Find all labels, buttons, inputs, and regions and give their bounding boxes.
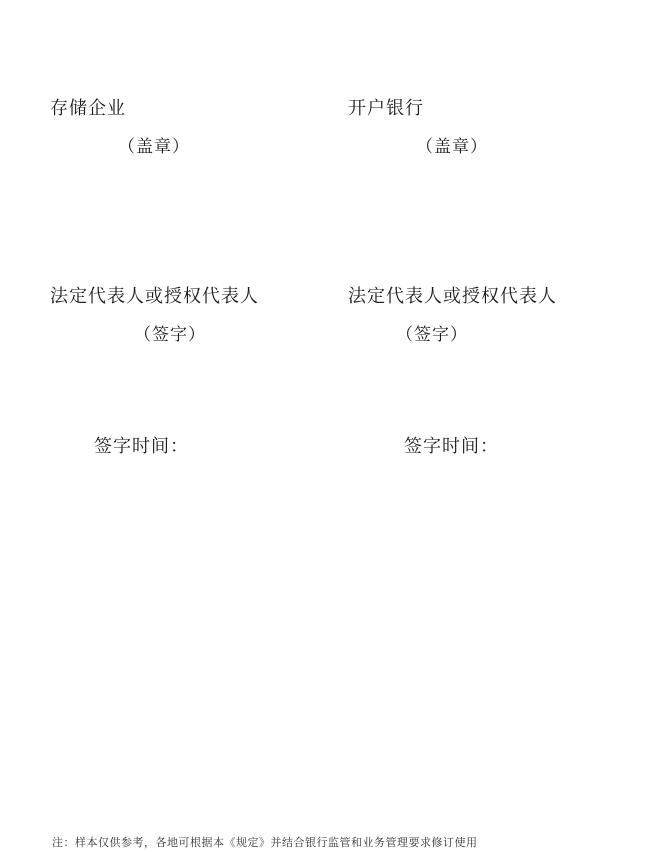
footnote: 注：样本仅供参考，各地可根据本《规定》并结合银行监管和业务管理要求修订使用 — [52, 834, 478, 850]
left-representative-label: 法定代表人或授权代表人 — [50, 282, 259, 308]
left-party-label: 存储企业 — [50, 94, 126, 120]
right-party-label: 开户银行 — [348, 94, 424, 120]
right-seal-label: （盖章） — [416, 132, 488, 157]
right-sign-time-label: 签字时间： — [404, 432, 499, 458]
left-sign-time-label: 签字时间： — [94, 432, 189, 458]
right-representative-label: 法定代表人或授权代表人 — [348, 282, 557, 308]
left-seal-label: （盖章） — [118, 132, 190, 157]
left-signature-label: （签字） — [134, 320, 206, 345]
right-signature-label: （签字） — [396, 320, 468, 345]
